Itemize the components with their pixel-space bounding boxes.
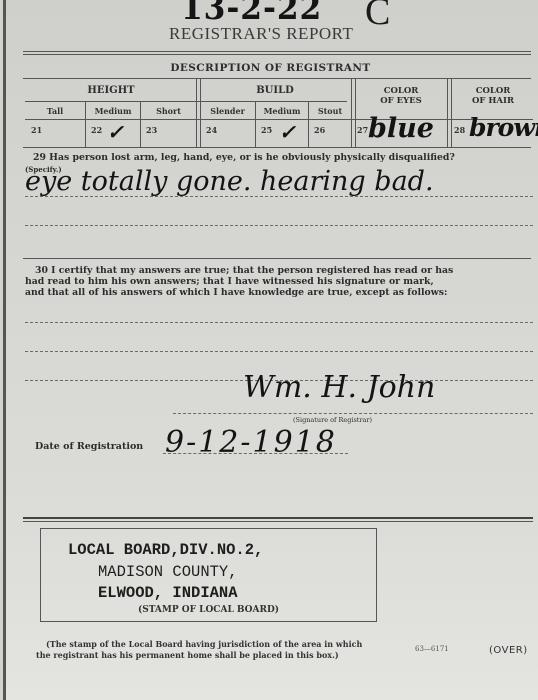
local-board-stamp-box: LOCAL BOARD,DIV.NO.2, MADISON COUNTY, EL…: [40, 528, 377, 622]
question-30-text: 30 I certify that my answers are true; t…: [25, 265, 535, 298]
date-line: [163, 453, 348, 454]
height-header: HEIGHT: [25, 85, 197, 96]
stamp-line-3: ELWOOD, INDIANA: [98, 584, 238, 602]
field-number-21: 21: [31, 125, 42, 135]
header-rule-bottom: [23, 54, 531, 55]
question-29-bottom-rule: [23, 258, 531, 259]
eyes-header: COLOR OF EYES: [355, 86, 447, 106]
field-number-27: 27: [357, 125, 368, 135]
stamp-line-1: LOCAL BOARD,DIV.NO.2,: [68, 541, 263, 559]
eye-color-value: blue: [368, 113, 434, 144]
field-number-24: 24: [206, 125, 217, 135]
form-number: 63—6171: [415, 645, 449, 653]
registration-card: 13-2-22 C REGISTRAR'S REPORT DESCRIPTION…: [3, 0, 538, 700]
field-number-26: 26: [314, 125, 325, 135]
paper-edge: [3, 0, 6, 700]
report-title: REGISTRAR'S REPORT: [169, 24, 353, 44]
question-29-text: 29 Has person lost arm, leg, hand, eye, …: [33, 152, 538, 163]
field-number-22: 22: [91, 125, 102, 135]
registration-date-label: Date of Registration: [35, 441, 143, 452]
build-medium-checkmark: ✓: [279, 120, 296, 144]
field-number-28: 28: [454, 125, 465, 135]
question-29-answer: eye totally gone. hearing bad.: [25, 166, 434, 197]
answer-line-2: [25, 225, 533, 226]
section-title: DESCRIPTION OF REGISTRANT: [3, 62, 538, 74]
subheader-slender: Slender: [200, 106, 255, 116]
stamp-line-2: MADISON COUNTY,: [98, 563, 238, 581]
stamp-section-rule-top: [23, 517, 533, 519]
field-number-25: 25: [261, 125, 272, 135]
subheader-short: Short: [141, 106, 196, 116]
over-label: (OVER): [489, 645, 528, 656]
header-rule-top: [23, 51, 531, 52]
hair-color-value: brown: [469, 113, 538, 142]
subheader-height-medium: Medium: [86, 106, 140, 116]
height-medium-checkmark: ✓: [107, 120, 124, 144]
field-number-23: 23: [146, 125, 157, 135]
exception-line-1: [25, 322, 533, 323]
subheader-stout: Stout: [309, 106, 351, 116]
subheader-tall: Tall: [25, 106, 85, 116]
build-header: BUILD: [201, 85, 349, 96]
stamp-caption: (STAMP OF LOCAL BOARD): [41, 605, 376, 615]
stamp-section-rule-bottom: [23, 521, 533, 522]
registration-date-value: 9-12-1918: [165, 425, 337, 460]
answer-line-1: [25, 196, 533, 197]
subheader-rule: [25, 101, 347, 102]
hair-header: COLOR OF HAIR: [452, 86, 534, 106]
stamp-instructions: (The stamp of the Local Board having jur…: [36, 639, 362, 661]
exception-line-2: [25, 351, 533, 352]
signature-line: [173, 413, 533, 414]
subheader-build-medium: Medium: [256, 106, 308, 116]
section-rule: [23, 78, 531, 79]
table-bottom-rule: [23, 147, 531, 148]
serial-suffix: C: [365, 0, 390, 34]
registrar-signature: Wm. H. John: [243, 370, 435, 405]
